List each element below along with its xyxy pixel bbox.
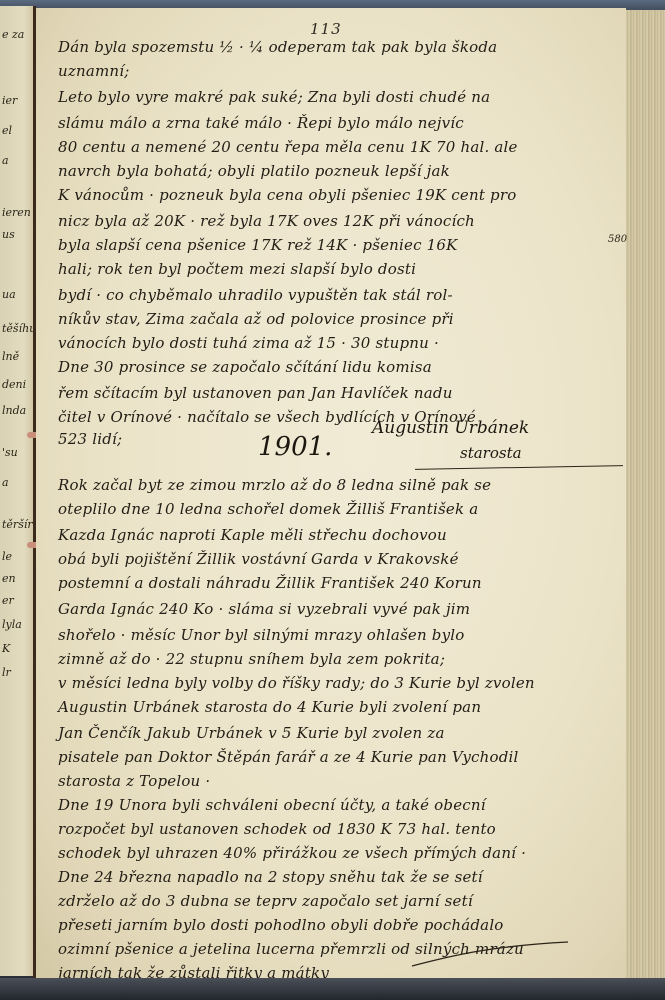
text-line: Dne 24 března napadlo na 2 stopy sněhu t… [58, 868, 483, 886]
left-page-fragment: ier [2, 94, 17, 107]
text-line: bydí · co chyběmalo uhradilo vypuštěn ta… [58, 286, 453, 304]
text-line: K vánocům · pozneuk byla cena obyli pšen… [58, 186, 516, 204]
text-line: Rok začal byt ze zimou mrzlo až do 8 led… [58, 476, 491, 494]
text-line: shořelo · měsíc Unor byl silnými mrazy o… [58, 626, 464, 644]
signature-name: Augustin Urbánek [372, 418, 529, 438]
text-line: vánocích bylo dosti tuhá zima až 15 · 30… [58, 334, 439, 352]
left-page-edge: e za ier el a ieren us ua těšíhu lně den… [0, 6, 34, 976]
text-line: řem sčítacím byl ustanoven pan Jan Havlí… [58, 384, 453, 402]
left-page-fragment: e za [2, 28, 24, 41]
text-line: 80 centu a nemené 20 centu řepa měla cen… [58, 138, 518, 156]
left-page-fragment: a [2, 154, 9, 167]
text-line: Augustin Urbánek starosta do 4 Kurie byl… [58, 698, 481, 716]
left-page-fragment: lr [2, 666, 11, 679]
text-line: přeseti jarním bylo dosti pohodlno obyli… [58, 916, 504, 934]
text-line: schodek byl uhrazen 40% přirážkou ze vše… [58, 844, 526, 862]
page-edges [626, 10, 665, 978]
year-heading: 1901. [258, 432, 332, 462]
left-page-fragment: er [2, 594, 14, 607]
text-line: v měsíci ledna byly volby do říšky rady;… [58, 674, 535, 692]
signature-title: starosta [460, 444, 522, 462]
left-page-fragment: K [2, 642, 10, 655]
left-page-fragment: těšíhu [2, 322, 34, 335]
page-number: 113 [310, 20, 342, 38]
text-line: Dne 30 prosince se započalo sčítání lidu… [58, 358, 432, 376]
left-page-fragment: a [2, 476, 9, 489]
left-page-fragment: 'su [2, 446, 18, 459]
text-line: Jan Čenčík Jakub Urbánek v 5 Kurie byl z… [58, 724, 445, 742]
text-line: Leto bylo vyre makré pak suké; Zna byli … [58, 88, 490, 106]
left-page-fragment: le [2, 550, 12, 563]
text-line: Dán byla spozemstu ½ · ¼ odeperam tak pa… [58, 38, 497, 56]
left-page-fragment: lnda [2, 404, 26, 417]
text-line: Kazda Ignác naproti Kaple měli střechu d… [58, 526, 447, 544]
text-line: pisatele pan Doktor Štěpán farář a ze 4 … [58, 748, 519, 766]
end-flourish [410, 940, 570, 968]
text-line: navrch byla bohatá; obyli platilo pozneu… [58, 162, 450, 180]
text-line: zimně až do · 22 stupnu sníhem byla zem … [58, 650, 445, 668]
text-line: obá byli pojištění Žillik vostávní Garda… [58, 550, 459, 568]
text-line: postemní a dostali náhradu Žillik Franti… [58, 574, 482, 592]
left-page-fragment: deni [2, 378, 26, 391]
text-line: 523 lidí; [58, 430, 122, 448]
text-line: slámu málo a zrna také málo · Řepi bylo … [58, 114, 464, 132]
left-page-fragment: lyla [2, 618, 22, 631]
left-page-fragment: us [2, 228, 15, 241]
left-page-fragment: en [2, 572, 16, 585]
text-line: byla slapší cena pšenice 17K rež 14K · p… [58, 236, 458, 254]
bottom-shadow [0, 978, 665, 1000]
left-page-fragment: ua [2, 288, 16, 301]
left-page-fragment: lně [2, 350, 19, 363]
left-page-fragment: ieren [2, 206, 31, 219]
text-line: uznamní; [58, 62, 130, 80]
text-line: hali; rok ten byl počtem mezi slapší byl… [58, 260, 416, 278]
text-line: Dne 19 Unora byli schváleni obecní účty,… [58, 796, 486, 814]
left-page-fragment: el [2, 124, 12, 137]
text-line: zdrželo až do 3 dubna se teprv započalo … [58, 892, 473, 910]
text-line: nicz byla až 20K · rež byla 17K oves 12K… [58, 212, 475, 230]
text-line: starosta z Topelou · [58, 772, 210, 790]
text-line: Garda Ignác 240 Ko · sláma si vyzebrali … [58, 600, 470, 618]
left-page-fragment: těršír [2, 518, 33, 531]
text-line: níkův stav, Zima začala až od polovice p… [58, 310, 454, 328]
text-line: rozpočet byl ustanoven schodek od 1830 K… [58, 820, 496, 838]
margin-note: 580 [608, 234, 627, 245]
text-line: oteplilo dne 10 ledna schořel domek Žill… [58, 500, 478, 518]
